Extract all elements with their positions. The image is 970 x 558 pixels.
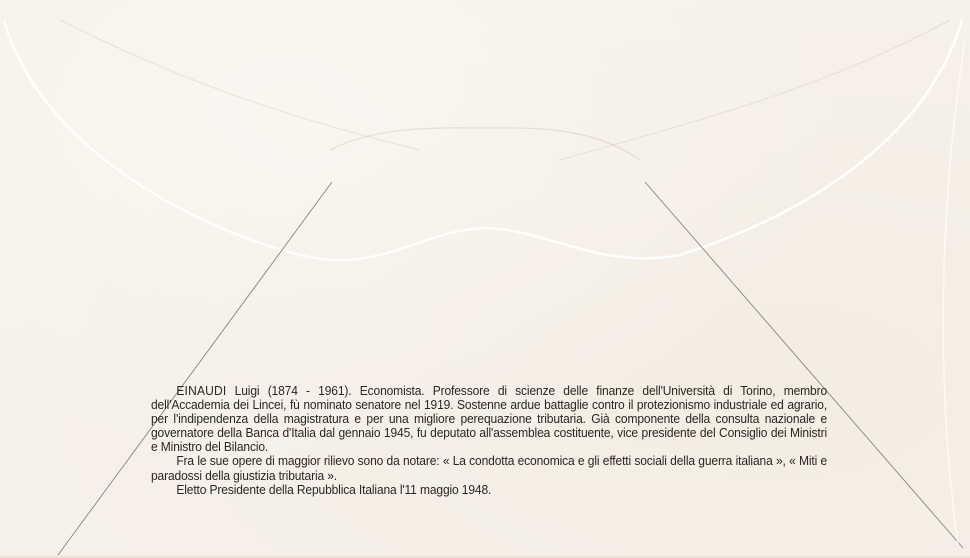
biography-paragraph-1-text: Luigi (1874 - 1961). Economista. Profess… [151,383,827,454]
biography-text: EINAUDI Luigi (1874 - 1961). Economista.… [151,384,827,497]
biography-paragraph-3: Eletto Presidente della Repubblica Itali… [151,483,827,497]
left-flap-edge [58,182,332,555]
biography-paragraph-2: Fra le sue opere di maggior rilievo sono… [151,454,827,482]
biography-paragraph-1: EINAUDI Luigi (1874 - 1961). Economista.… [151,384,827,454]
envelope-back: EINAUDI Luigi (1874 - 1961). Economista.… [0,0,970,558]
top-flap-crease [4,20,962,260]
biography-surname: EINAUDI [176,383,226,398]
